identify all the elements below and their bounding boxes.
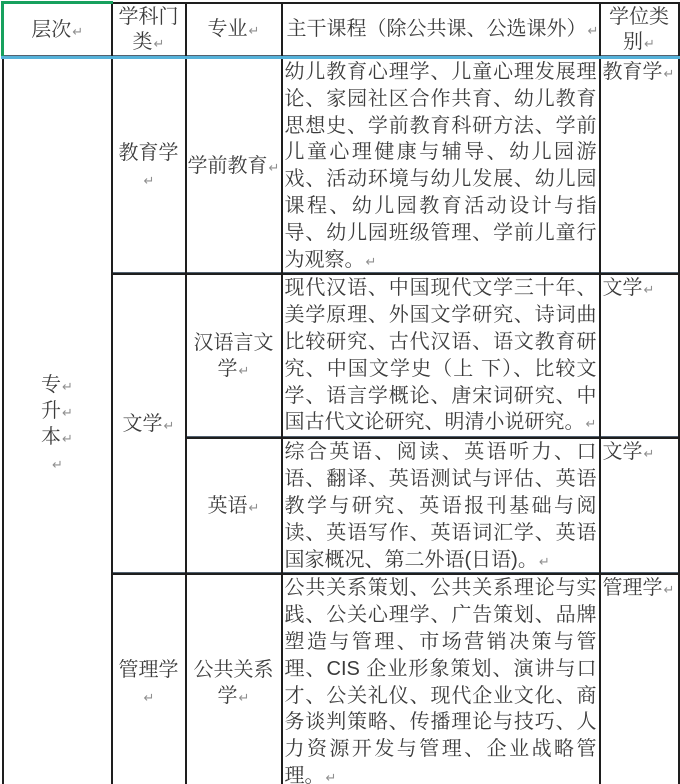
document-page: 层次↵ 学科门类↵ 专业↵ 主干课程（除公共课、公选课外）↵ 学位类别↵ bbox=[0, 0, 680, 784]
paragraph-mark-icon: ↵ bbox=[61, 380, 73, 395]
cell-major-public-relations[interactable]: 公共关系学↵ bbox=[186, 574, 282, 784]
paragraph-mark-icon: ↵ bbox=[643, 447, 655, 462]
paragraph-mark-icon: ↵ bbox=[71, 25, 83, 40]
paragraph-mark-icon: ↵ bbox=[663, 583, 675, 598]
cell-courses-preschool-education[interactable]: 幼儿教育心理学、儿童心理发展理论、家园社区合作共育、幼儿教育思想史、学前教育科研… bbox=[282, 58, 600, 275]
header-major-label: 专业 bbox=[208, 18, 248, 40]
paragraph-mark-icon: ↵ bbox=[238, 364, 250, 379]
cell-courses-english[interactable]: 综合英语、阅读、英语听力、口语、翻译、英语测试与评估、英语教学与研究、英语报刊基… bbox=[282, 438, 600, 574]
header-cell-category[interactable]: 学科门类↵ bbox=[112, 3, 186, 58]
header-courses-label: 主干课程（除公共课、公选课外） bbox=[287, 18, 587, 40]
courses-text: 幼儿教育心理学、儿童心理发展理论、家园社区合作共育、幼儿教育思想史、学前教育科研… bbox=[285, 61, 597, 271]
level-char: 升 bbox=[41, 400, 61, 422]
major-text: 汉语言文学 bbox=[194, 332, 274, 380]
paragraph-mark-icon: ↵ bbox=[248, 24, 260, 39]
paragraph-mark-icon: ↵ bbox=[143, 691, 155, 706]
cell-category-literature[interactable]: 文学↵ bbox=[112, 274, 186, 574]
courses-text: 公共关系策划、公共关系理论与实践、公关心理学、广告策划、品牌塑造与管理、市场营销… bbox=[285, 577, 597, 784]
category-text: 文学 bbox=[123, 413, 163, 435]
courses-text: 现代汉语、中国现代文学三十年、美学原理、外国文学研究、诗词曲比较研究、古代汉语、… bbox=[285, 277, 597, 433]
header-cell-degree[interactable]: 学位类别↵ bbox=[600, 3, 679, 58]
paragraph-mark-icon: ↵ bbox=[538, 555, 550, 570]
paragraph-mark-icon: ↵ bbox=[585, 417, 597, 432]
paragraph-mark-icon: ↵ bbox=[587, 24, 599, 39]
header-level-label: 层次 bbox=[31, 19, 71, 41]
major-text: 学前教育 bbox=[188, 155, 268, 177]
curriculum-table: 层次↵ 学科门类↵ 专业↵ 主干课程（除公共课、公选课外）↵ 学位类别↵ bbox=[1, 1, 680, 784]
paragraph-mark-icon: ↵ bbox=[325, 771, 337, 784]
table-row: 专↵ 升↵ 本↵ ↵ 教育学↵ 学前教育↵ 幼儿教育心理学、儿童心理发展理论、家… bbox=[3, 58, 679, 275]
paragraph-mark-icon: ↵ bbox=[663, 67, 675, 82]
degree-text: 管理学 bbox=[603, 577, 663, 599]
degree-text: 文学 bbox=[603, 277, 643, 299]
paragraph-mark-icon: ↵ bbox=[248, 501, 260, 516]
paragraph-mark-icon: ↵ bbox=[238, 691, 250, 706]
header-degree-label: 学位类别 bbox=[609, 6, 669, 53]
paragraph-mark-icon: ↵ bbox=[51, 458, 63, 473]
cell-degree-literature2[interactable]: 文学↵ bbox=[600, 438, 679, 574]
paragraph-mark-icon: ↵ bbox=[61, 432, 73, 447]
major-text: 公共关系学 bbox=[194, 659, 274, 707]
courses-text: 综合英语、阅读、英语听力、口语、翻译、英语测试与评估、英语教学与研究、英语报刊基… bbox=[285, 441, 597, 570]
degree-text: 文学 bbox=[603, 441, 643, 463]
cell-courses-chinese-language-literature[interactable]: 现代汉语、中国现代文学三十年、美学原理、外国文学研究、诗词曲比较研究、古代汉语、… bbox=[282, 274, 600, 438]
level-char: 专 bbox=[41, 374, 61, 396]
cell-degree-literature[interactable]: 文学↵ bbox=[600, 274, 679, 438]
cell-major-english[interactable]: 英语↵ bbox=[186, 438, 282, 574]
paragraph-mark-icon: ↵ bbox=[61, 406, 73, 421]
paragraph-mark-icon: ↵ bbox=[163, 419, 175, 434]
cell-level-zhuanshengben[interactable]: 专↵ 升↵ 本↵ ↵ bbox=[3, 58, 112, 784]
cell-category-management[interactable]: 管理学↵ bbox=[112, 574, 186, 784]
header-cell-level[interactable]: 层次↵ bbox=[3, 3, 112, 58]
header-cell-courses[interactable]: 主干课程（除公共课、公选课外）↵ bbox=[282, 3, 600, 58]
cell-degree-management[interactable]: 管理学↵ bbox=[600, 574, 679, 784]
degree-text: 教育学 bbox=[603, 61, 663, 83]
header-row: 层次↵ 学科门类↵ 专业↵ 主干课程（除公共课、公选课外）↵ 学位类别↵ bbox=[3, 3, 679, 58]
paragraph-mark-icon: ↵ bbox=[643, 283, 655, 298]
cell-courses-public-relations[interactable]: 公共关系策划、公共关系理论与实践、公关心理学、广告策划、品牌塑造与管理、市场营销… bbox=[282, 574, 600, 784]
cell-major-preschool-education[interactable]: 学前教育↵ bbox=[186, 58, 282, 275]
header-cell-major[interactable]: 专业↵ bbox=[186, 3, 282, 58]
cell-category-education[interactable]: 教育学↵ bbox=[112, 58, 186, 275]
major-text: 英语 bbox=[208, 495, 248, 517]
header-category-label: 学科门类 bbox=[119, 6, 179, 53]
paragraph-mark-icon: ↵ bbox=[153, 37, 165, 52]
paragraph-mark-icon: ↵ bbox=[143, 174, 155, 189]
paragraph-mark-icon: ↵ bbox=[643, 37, 655, 52]
paragraph-mark-icon: ↵ bbox=[365, 255, 377, 270]
level-char: 本 bbox=[41, 426, 61, 448]
cell-degree-education[interactable]: 教育学↵ bbox=[600, 58, 679, 275]
category-text: 管理学 bbox=[119, 659, 179, 681]
cell-major-chinese-language-literature[interactable]: 汉语言文学↵ bbox=[186, 274, 282, 438]
paragraph-mark-icon: ↵ bbox=[268, 161, 280, 176]
category-text: 教育学 bbox=[119, 142, 179, 164]
